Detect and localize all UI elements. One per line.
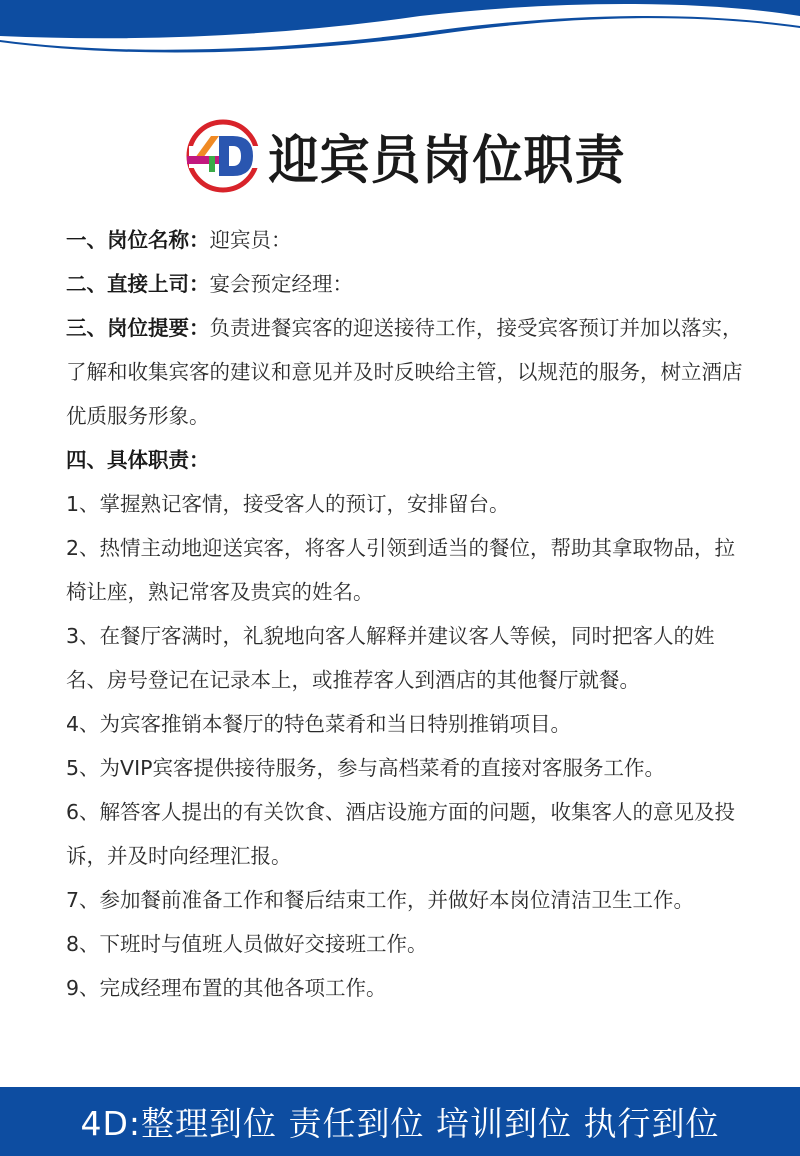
duty-item: 1、掌握熟记客情，接受客人的预订，安排留台。 bbox=[66, 482, 746, 526]
duty-item: 2、热情主动地迎送宾客，将客人引领到适当的餐位，帮助其拿取物品，拉椅让座，熟记常… bbox=[66, 526, 746, 614]
section-value: 宴会预定经理： bbox=[210, 272, 354, 296]
section-label: 二、直接上司： bbox=[66, 272, 210, 296]
duty-item: 6、解答客人提出的有关饮食、酒店设施方面的问题，收集客人的意见及投诉，并及时向经… bbox=[66, 790, 746, 878]
section-position-summary: 三、岗位提要：负责进餐宾客的迎送接待工作，接受宾客预订并加以落实，了解和收集宾客… bbox=[66, 306, 746, 438]
duty-item: 4、为宾客推销本餐厅的特色菜肴和当日特别推销项目。 bbox=[66, 702, 746, 746]
section-position-name: 一、岗位名称：迎宾员： bbox=[66, 218, 746, 262]
duty-item: 9、完成经理布置的其他各项工作。 bbox=[66, 966, 746, 1010]
page-title: 迎宾员岗位职责 bbox=[269, 118, 626, 194]
job-description-body: 一、岗位名称：迎宾员： 二、直接上司：宴会预定经理： 三、岗位提要：负责进餐宾客… bbox=[66, 218, 746, 1010]
section-direct-supervisor: 二、直接上司：宴会预定经理： bbox=[66, 262, 746, 306]
section-label: 三、岗位提要： bbox=[66, 316, 210, 340]
header-wave-decoration bbox=[0, 0, 800, 60]
title-bar: 迎宾员岗位职责 bbox=[0, 118, 800, 194]
section-label: 四、具体职责： bbox=[66, 448, 210, 472]
duty-item: 7、参加餐前准备工作和餐后结束工作，并做好本岗位清洁卫生工作。 bbox=[66, 878, 746, 922]
section-specific-duties: 四、具体职责： bbox=[66, 438, 746, 482]
duty-item: 5、为VIP宾客提供接待服务，参与高档菜肴的直接对客服务工作。 bbox=[66, 746, 746, 790]
section-value: 迎宾员： bbox=[210, 228, 292, 252]
duty-item: 3、在餐厅客满时，礼貌地向客人解释并建议客人等候，同时把客人的姓名、房号登记在记… bbox=[66, 614, 746, 702]
duty-item: 8、下班时与值班人员做好交接班工作。 bbox=[66, 922, 746, 966]
4d-logo-icon bbox=[175, 118, 265, 194]
footer-slogan: 4D:整理到位 责任到位 培训到位 执行到位 bbox=[81, 1098, 720, 1145]
footer-banner: 4D:整理到位 责任到位 培训到位 执行到位 bbox=[0, 1087, 800, 1156]
section-label: 一、岗位名称： bbox=[66, 228, 210, 252]
